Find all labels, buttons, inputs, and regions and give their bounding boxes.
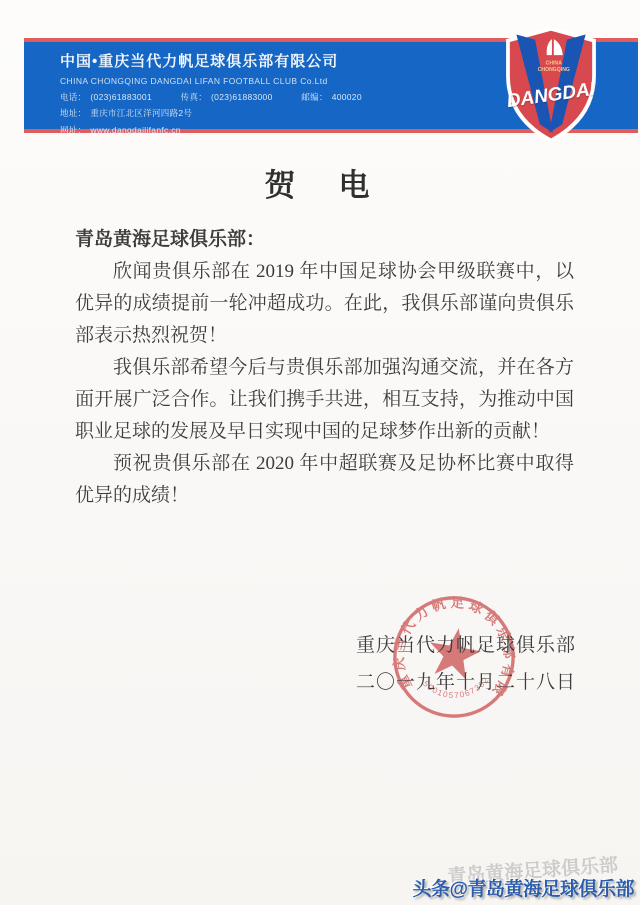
phone-value: (023)61883001 (90, 92, 152, 102)
zip-value: 400020 (332, 92, 362, 102)
fax-label: 传真： (181, 92, 207, 102)
letter-photo-page: 中国•重庆当代力帆足球俱乐部有限公司 CHINA CHONGQING DANGD… (0, 0, 640, 905)
signature-block: 重庆当代力帆足球俱乐部 二〇一九年十月二十八日 (356, 627, 576, 701)
letter-body: 青岛黄海足球俱乐部： 欣闻贵俱乐部在 2019 年中国足球协会甲级联赛中，以优异… (75, 224, 574, 512)
fax-value: (023)61883000 (211, 92, 273, 102)
letter-title: 贺 电 (0, 160, 640, 205)
phone-label: 电话： (60, 92, 86, 102)
address-label: 地址： (60, 108, 86, 118)
address-value: 重庆市江北区洋河四路2号 (90, 108, 192, 118)
toutiao-watermark: 头条@青岛黄海足球俱乐部 (412, 874, 634, 901)
salutation: 青岛黄海足球俱乐部： (75, 224, 574, 256)
logo-sub-line2: CHONGQING (538, 67, 570, 73)
letter-date: 二〇一九年十月二十八日 (356, 664, 576, 701)
website-label: 网址： (60, 125, 86, 135)
paragraph-2: 我俱乐部希望今后与贵俱乐部加强沟通交流，并在各方面开展广泛合作。让我们携手共进，… (75, 352, 574, 448)
website-value: www.dangdailifanfc.cn (90, 125, 180, 135)
zip-label: 邮编： (301, 92, 327, 102)
paragraph-3: 预祝贵俱乐部在 2020 年中超联赛及足协杯比赛中取得优异的成绩！ (75, 448, 574, 512)
club-logo: CHINA CHONGQING DANGDAI (504, 27, 598, 143)
logo-sub-line1: CHINA (546, 60, 563, 66)
paragraph-1: 欣闻贵俱乐部在 2019 年中国足球协会甲级联赛中，以优异的成绩提前一轮冲超成功… (75, 256, 574, 352)
signer-name: 重庆当代力帆足球俱乐部 (356, 627, 576, 664)
